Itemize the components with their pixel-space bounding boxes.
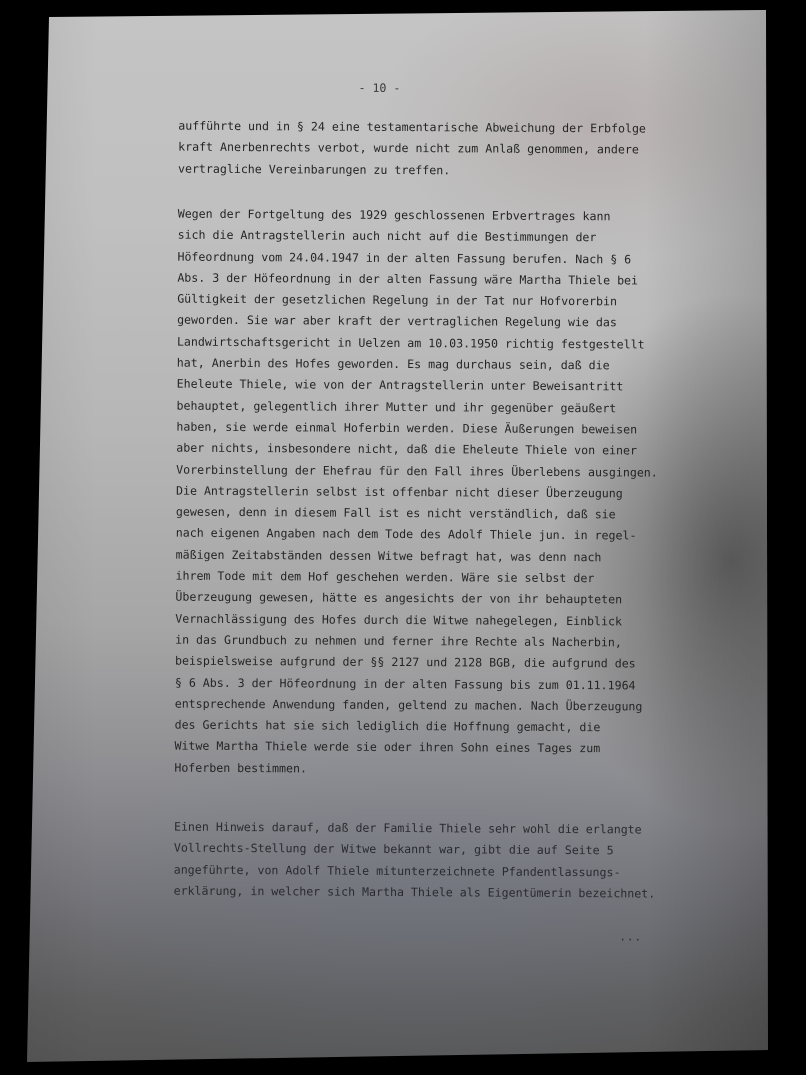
text-line: kraft Anerbenrechts verbot, wurde nicht …	[178, 137, 646, 161]
text-line: Abs. 3 der Höfeordnung in der alten Fass…	[177, 268, 659, 292]
text-line: § 6 Abs. 3 der Höfeordnung in der alten …	[175, 672, 657, 696]
photo-background: - 10 - aufführte und in § 24 eine testam…	[0, 0, 806, 1075]
text-line: Vollrechts-Stellung der Witwe bekannt wa…	[174, 838, 656, 862]
paragraph-1: aufführte und in § 24 eine testamentaris…	[178, 116, 646, 183]
text-line: Vernachlässigung des Hofes durch die Wit…	[175, 608, 657, 632]
document-page: - 10 - aufführte und in § 24 eine testam…	[0, 0, 806, 1075]
continuation-mark: ...	[619, 930, 642, 943]
text-line: angeführte, von Adolf Thiele mitunterzei…	[174, 859, 656, 883]
text-line: aber nichts, insbesondere nicht, daß die…	[176, 438, 658, 462]
text-line: Witwe Martha Thiele werde sie oder ihren…	[174, 736, 656, 760]
text-line: nach eigenen Angaben nach dem Tode des A…	[176, 523, 658, 547]
text-line: geworden. Sie war aber kraft der vertrag…	[177, 310, 659, 334]
text-line: sich die Antragstellerin auch nicht auf …	[178, 225, 660, 249]
text-line: gewesen, denn in diesem Fall ist es nich…	[176, 502, 658, 526]
text-line: Hoferben bestimmen.	[174, 757, 656, 781]
text-line: Wegen der Fortgeltung des 1929 geschloss…	[178, 204, 660, 228]
text-line: aufführte und in § 24 eine testamentaris…	[178, 116, 646, 140]
text-line: Eheleute Thiele, wie von der Antragstell…	[177, 374, 659, 398]
text-line: Vorerbinstellung der Ehefrau für den Fal…	[176, 459, 658, 483]
text-line: beispielsweise aufgrund der §§ 2127 und …	[175, 651, 657, 675]
text-line: in das Grundbuch zu nehmen und ferner ih…	[175, 630, 657, 654]
text-line: Landwirtschaftsgericht in Uelzen am 10.0…	[177, 331, 659, 355]
text-line: Einen Hinweis darauf, daß der Familie Th…	[174, 817, 656, 841]
text-line: entsprechende Anwendung fanden, geltend …	[175, 693, 657, 717]
text-line: behauptet, gelegentlich ihrer Mutter und…	[177, 395, 659, 419]
text-line: vertragliche Vereinbarungen zu treffen.	[178, 158, 646, 182]
text-line: Überzeugung gewesen, hätte es angesichts…	[175, 587, 657, 611]
text-line: des Gerichts hat sie sich lediglich die …	[175, 715, 657, 739]
text-line: mäßigen Zeitabständen dessen Witwe befra…	[176, 544, 658, 568]
text-line: haben, sie werde einmal Hoferbin werden.…	[176, 417, 658, 441]
page-number: - 10 -	[358, 81, 400, 95]
text-line: ihrem Tode mit dem Hof geschehen werden.…	[175, 566, 657, 590]
text-line: erklärung, in welcher sich Martha Thiele…	[174, 881, 656, 905]
paragraph-3: Einen Hinweis darauf, daß der Familie Th…	[174, 817, 656, 905]
text-line: Die Antragstellerin selbst ist offenbar …	[176, 480, 658, 504]
paragraph-2: Wegen der Fortgeltung des 1929 geschloss…	[174, 204, 659, 782]
page-content: - 10 - aufführte und in § 24 eine testam…	[0, 0, 806, 1075]
text-line: Gültigkeit der gesetzlichen Regelung in …	[177, 289, 659, 313]
text-line: Höfeordnung vom 24.04.1947 in der alten …	[177, 246, 659, 270]
text-line: hat, Anerbin des Hofes geworden. Es mag …	[177, 353, 659, 377]
